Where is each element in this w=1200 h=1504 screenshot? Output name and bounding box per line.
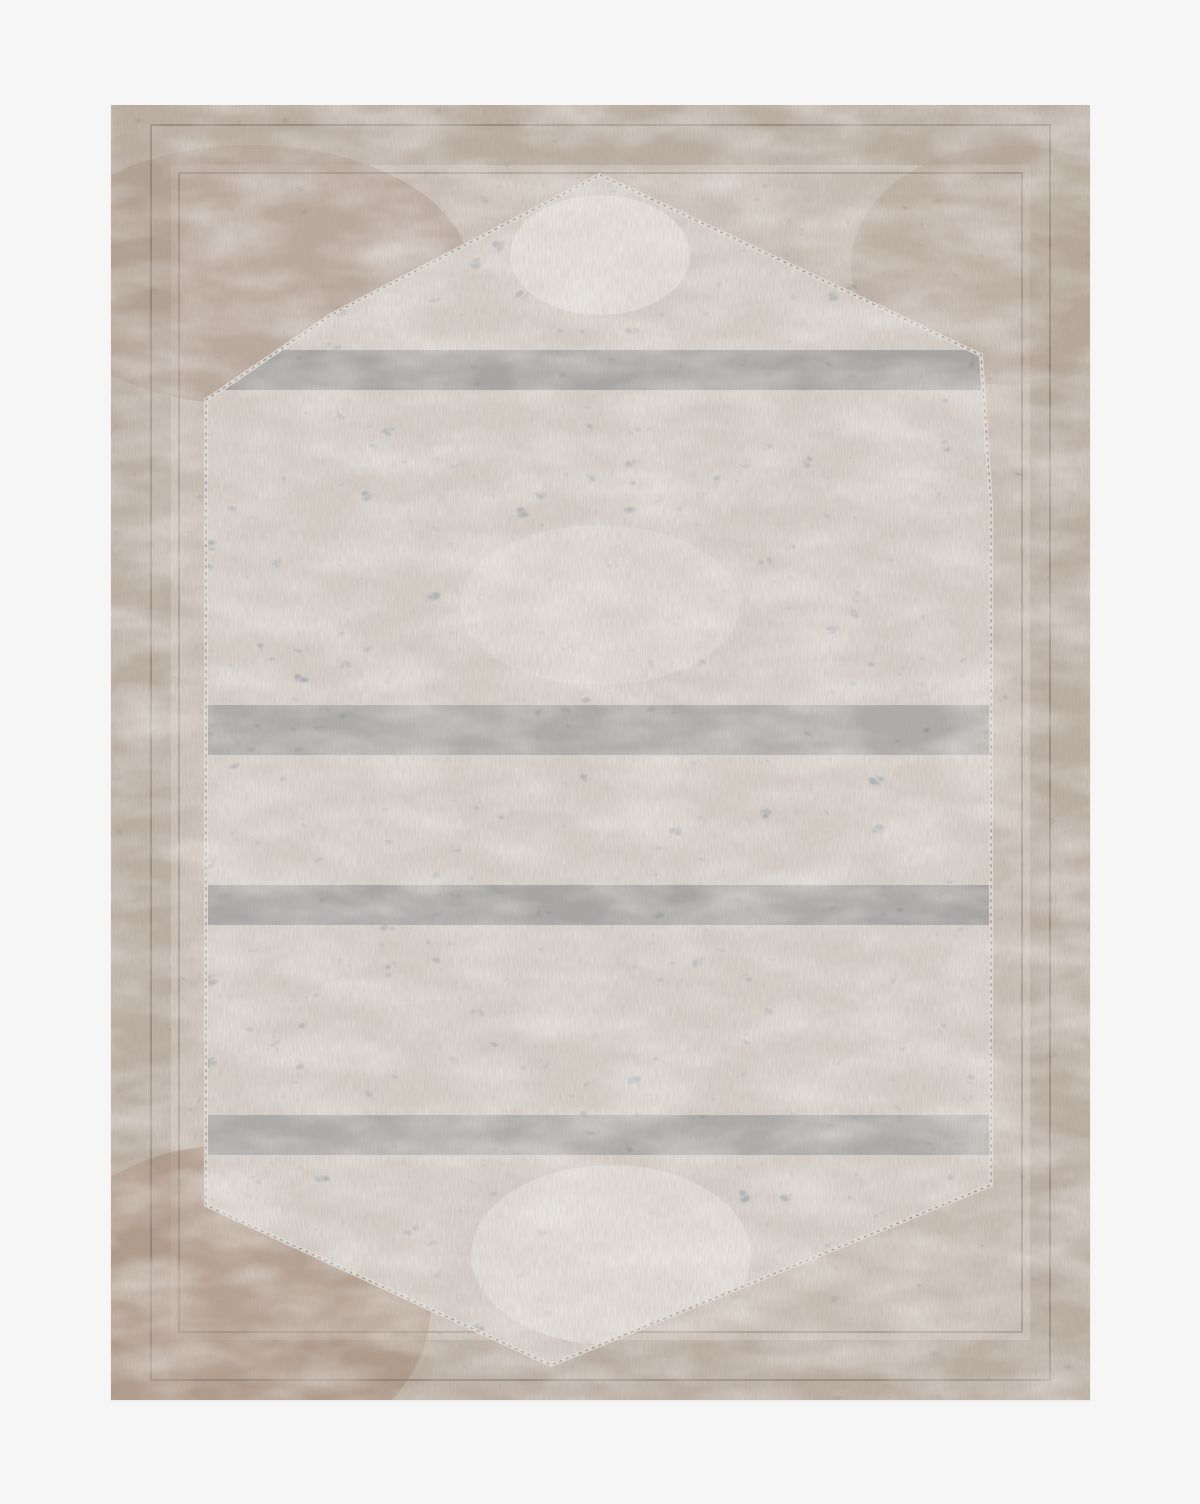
rug-photo [111,105,1090,1400]
rug-pattern [111,105,1090,1400]
